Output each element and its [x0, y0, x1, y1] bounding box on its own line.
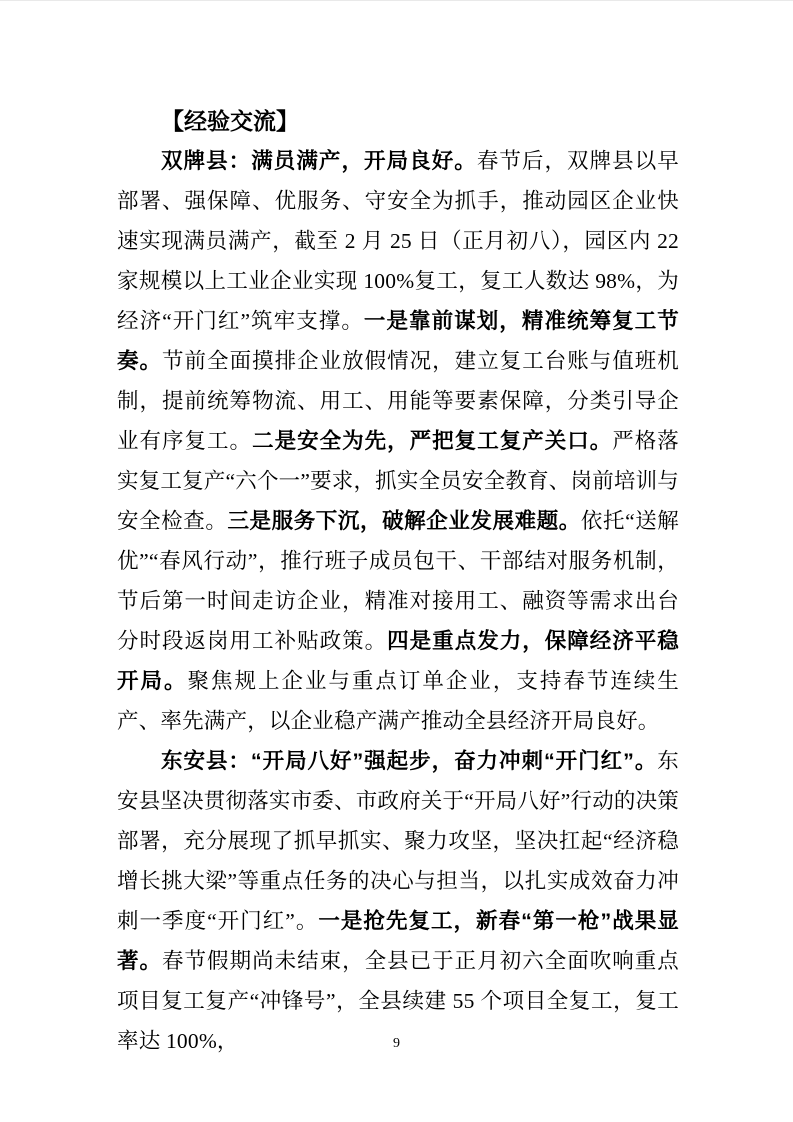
- paragraph-headline-run: “开局八好”强起步，奋力冲刺“开门红”。: [251, 749, 657, 773]
- section-heading: 【经验交流】: [117, 101, 679, 141]
- paragraph-headline-run: 满员满产，开局良好。: [251, 149, 477, 173]
- text-run: 春节后，双牌县以早部署、强保障、优服务、守安全为抓手，推动园区企业快速实现满员满…: [117, 149, 679, 333]
- text-run: 聚焦规上企业与重点订单企业，支持春节连续生产、率先满产，以企业稳产满产推动全县经…: [117, 669, 679, 733]
- document-page: 【经验交流】 双牌县：满员满产，开局良好。春节后，双牌县以早部署、强保障、优服务…: [0, 0, 793, 1122]
- document-content: 【经验交流】 双牌县：满员满产，开局良好。春节后，双牌县以早部署、强保障、优服务…: [117, 101, 679, 1061]
- county-name-label: 双牌县：: [161, 149, 251, 173]
- paragraph-dongan: 东安县：“开局八好”强起步，奋力冲刺“开门红”。东安县坚决贯彻落实市委、市政府关…: [117, 741, 679, 1061]
- subpoint-2-heading: 二是安全为先，严把复工复产关口。: [252, 429, 612, 453]
- subpoint-3-heading: 三是服务下沉，破解企业发展难题。: [227, 509, 580, 533]
- paragraph-shuangpai: 双牌县：满员满产，开局良好。春节后，双牌县以早部署、强保障、优服务、守安全为抓手…: [117, 141, 679, 741]
- text-run: 东安县坚决贯彻落实市委、市政府关于“开局八好”行动的决策部署，充分展现了抓早抓实…: [117, 749, 679, 933]
- county-name-label: 东安县：: [161, 749, 251, 773]
- page-number: 9: [0, 1036, 793, 1052]
